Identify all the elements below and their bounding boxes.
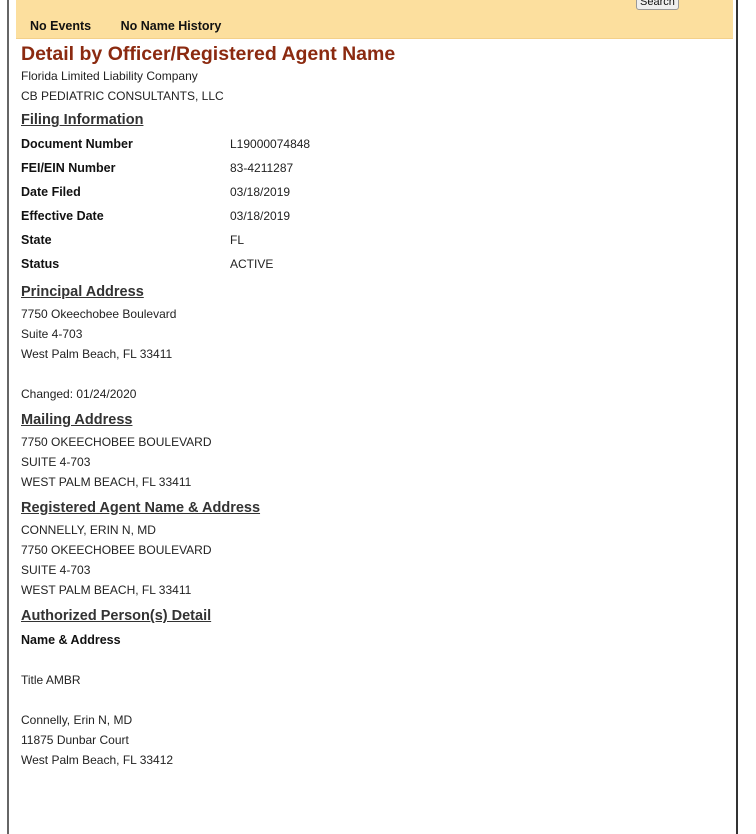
- principal-address-block: 7750 Okeechobee Boulevard Suite 4-703 We…: [21, 304, 721, 404]
- address-line: 7750 OKEECHOBEE BOULEVARD: [21, 432, 721, 452]
- mailing-address-heading: Mailing Address: [21, 410, 721, 430]
- principal-address-heading: Principal Address: [21, 282, 721, 302]
- address-line: WEST PALM BEACH, FL 33411: [21, 472, 721, 492]
- mailing-address-block: 7750 OKEECHOBEE BOULEVARD SUITE 4-703 WE…: [21, 432, 721, 492]
- address-line: 7750 OKEECHOBEE BOULEVARD: [21, 540, 721, 560]
- search-button[interactable]: Search: [636, 0, 679, 10]
- filing-label: Document Number: [21, 132, 230, 156]
- filing-value: 03/18/2019: [230, 204, 310, 228]
- name-address-subheading: Name & Address: [21, 630, 721, 650]
- filing-row: StatusACTIVE: [21, 252, 310, 276]
- filing-label: Status: [21, 252, 230, 276]
- person-title: Title AMBR: [21, 670, 721, 690]
- filing-label: Effective Date: [21, 204, 230, 228]
- filing-label: FEI/EIN Number: [21, 156, 230, 180]
- address-line: WEST PALM BEACH, FL 33411: [21, 580, 721, 600]
- agent-name: CONNELLY, ERIN N, MD: [21, 520, 721, 540]
- entity-type: Florida Limited Liability Company: [21, 66, 721, 86]
- entity-name: CB PEDIATRIC CONSULTANTS, LLC: [21, 86, 721, 106]
- filing-row: Effective Date03/18/2019: [21, 204, 310, 228]
- nav-links: No Events No Name History: [30, 19, 247, 33]
- page-title: Detail by Officer/Registered Agent Name: [21, 42, 721, 66]
- no-name-history-link[interactable]: No Name History: [121, 19, 222, 33]
- authorized-person-block: Connelly, Erin N, MD 11875 Dunbar Court …: [21, 710, 721, 770]
- address-line: 11875 Dunbar Court: [21, 730, 721, 750]
- address-line: 7750 Okeechobee Boulevard: [21, 304, 721, 324]
- top-navbar: No Events No Name History Search: [16, 0, 733, 39]
- no-events-link[interactable]: No Events: [30, 19, 91, 33]
- filing-row: Document NumberL19000074848: [21, 132, 310, 156]
- filing-row: FEI/EIN Number83-4211287: [21, 156, 310, 180]
- changed-date: Changed: 01/24/2020: [21, 384, 721, 404]
- filing-information-heading: Filing Information: [21, 110, 721, 130]
- address-line: West Palm Beach, FL 33411: [21, 344, 721, 364]
- registered-agent-block: CONNELLY, ERIN N, MD 7750 OKEECHOBEE BOU…: [21, 520, 721, 600]
- authorized-persons-heading: Authorized Person(s) Detail: [21, 606, 721, 626]
- filing-value: ACTIVE: [230, 252, 310, 276]
- registered-agent-heading: Registered Agent Name & Address: [21, 498, 721, 518]
- filing-information-table: Document NumberL19000074848FEI/EIN Numbe…: [21, 132, 310, 276]
- address-line: SUITE 4-703: [21, 452, 721, 472]
- filing-value: L19000074848: [230, 132, 310, 156]
- filing-row: StateFL: [21, 228, 310, 252]
- person-name: Connelly, Erin N, MD: [21, 710, 721, 730]
- filing-value: 83-4211287: [230, 156, 310, 180]
- address-line: West Palm Beach, FL 33412: [21, 750, 721, 770]
- address-line: SUITE 4-703: [21, 560, 721, 580]
- filing-value: 03/18/2019: [230, 180, 310, 204]
- address-line: Suite 4-703: [21, 324, 721, 344]
- filing-label: State: [21, 228, 230, 252]
- filing-row: Date Filed03/18/2019: [21, 180, 310, 204]
- filing-label: Date Filed: [21, 180, 230, 204]
- filing-value: FL: [230, 228, 310, 252]
- detail-content: Detail by Officer/Registered Agent Name …: [21, 42, 721, 770]
